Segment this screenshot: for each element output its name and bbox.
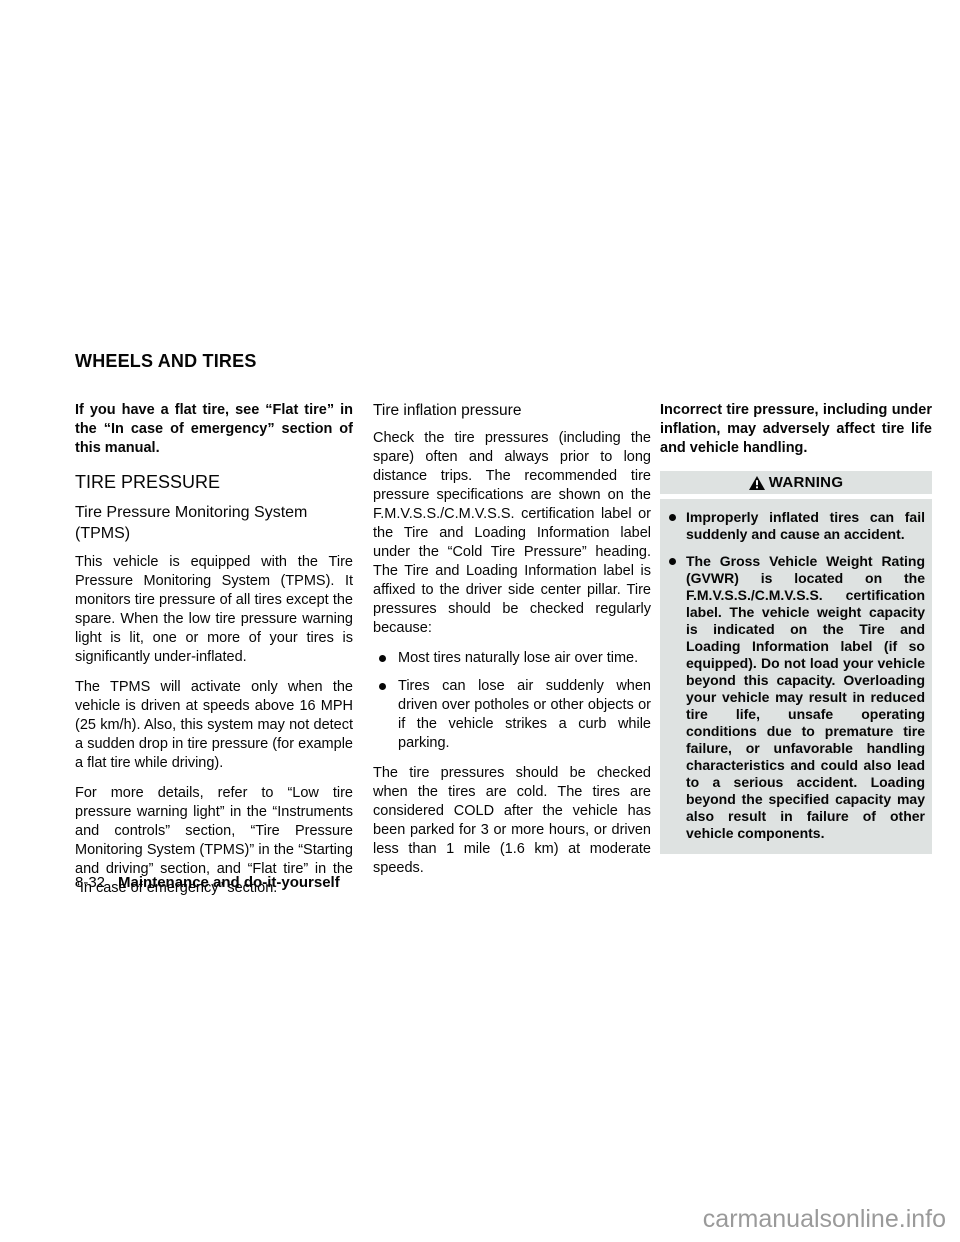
paragraph-tpms-equipped: This vehicle is equipped with the Tire P… — [75, 553, 353, 667]
paragraph-tpms-activate: The TPMS will activate only when the veh… — [75, 678, 353, 773]
section-header: WHEELS AND TIRES — [75, 351, 257, 372]
warning-box-header: WARNING — [660, 471, 932, 494]
warning-box-body: Improperly inflated tires can fail sudde… — [660, 499, 932, 854]
flat-tire-note: If you have a flat tire, see “Flat tire”… — [75, 401, 353, 458]
list-item: Tires can lose air suddenly when driven … — [373, 677, 651, 753]
subheading-tpms: Tire Pressure Monitoring System (TPMS) — [75, 502, 353, 544]
chapter-title: Maintenance and do-it-yourself — [118, 874, 340, 891]
page-number: 8-32 — [75, 874, 105, 891]
list-item: Improperly inflated tires can fail sudde… — [660, 509, 925, 543]
bullet-dot-icon — [379, 683, 386, 690]
paragraph-cold-tires: The tire pressures should be checked whe… — [373, 764, 651, 878]
warning-triangle-icon — [749, 476, 765, 490]
page-footer: 8-32Maintenance and do-it-yourself — [75, 874, 340, 892]
incorrect-pressure-note: Incorrect tire pressure, including under… — [660, 401, 932, 458]
column-right: Incorrect tire pressure, including under… — [660, 401, 932, 854]
bullet-dot-icon — [669, 514, 676, 521]
list-item: The Gross Vehicle Weight Rating (GVWR) i… — [660, 553, 925, 842]
heading-tire-pressure: TIRE PRESSURE — [75, 471, 353, 493]
column-middle: Tire inflation pressure Check the tire p… — [373, 401, 651, 889]
paragraph-check-pressures: Check the tire pressures (including the … — [373, 429, 651, 638]
bullet-dot-icon — [379, 655, 386, 662]
watermark-text: carmanualsonline.info — [703, 1204, 946, 1234]
column-left: If you have a flat tire, see “Flat tire”… — [75, 401, 353, 909]
manual-page: WHEELS AND TIRES If you have a flat tire… — [0, 0, 960, 1242]
bullet-dot-icon — [669, 558, 676, 565]
list-item-text: Tires can lose air suddenly when driven … — [398, 678, 651, 751]
warning-list: Improperly inflated tires can fail sudde… — [660, 509, 925, 842]
pressure-reasons-list: Most tires naturally lose air over time.… — [373, 649, 651, 753]
warning-box: WARNING Improperly inflated tires can fa… — [660, 471, 932, 854]
warning-title: WARNING — [769, 473, 844, 492]
list-item-text: Most tires naturally lose air over time. — [398, 650, 638, 666]
list-item: Most tires naturally lose air over time. — [373, 649, 651, 668]
warning-item-text: The Gross Vehicle Weight Rating (GVWR) i… — [686, 553, 925, 841]
subheading-tire-inflation: Tire inflation pressure — [373, 401, 651, 421]
warning-item-text: Improperly inflated tires can fail sudde… — [686, 509, 925, 542]
